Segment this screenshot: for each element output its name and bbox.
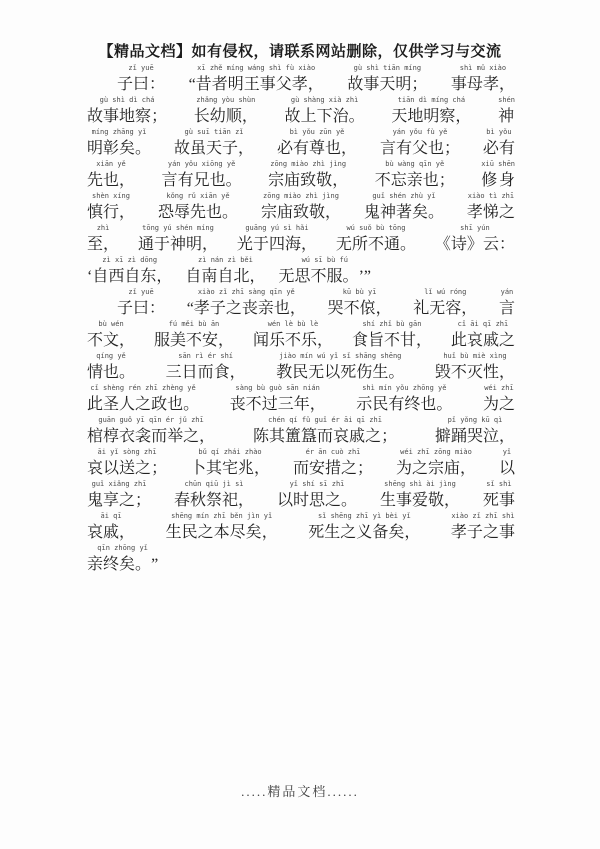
pinyin-annotation: shī yún — [435, 223, 515, 234]
pinyin-annotation: jiào mín wú yǐ sǐ shāng shēng — [276, 351, 404, 362]
ruby-segment: bù wàng qīn yě不忘亲也； — [375, 159, 455, 191]
pinyin-annotation: yán — [499, 287, 515, 298]
text-line: āi qī哀戚，shēng mín zhī běn jìn yǐ生民之本尽矣，s… — [87, 511, 515, 543]
hanzi-text: 故虽天子， — [174, 138, 254, 159]
hanzi-text: 鬼神著矣。 — [364, 202, 444, 223]
ruby-segment: yǐ以 — [499, 447, 515, 479]
hanzi-text: 宗庙致敬， — [261, 202, 341, 223]
pinyin-annotation: wú suǒ bù tōng — [336, 223, 416, 234]
pinyin-annotation: chūn qiū jì sì — [174, 479, 254, 490]
pinyin-annotation: sǐ shì — [483, 479, 515, 490]
hanzi-text: “孝子之丧亲也， — [187, 298, 306, 319]
hanzi-text: 此圣人之政也。 — [87, 394, 199, 415]
text-line: xiān yě先也，yán yǒu xiōng yě言有兄也。zōng miào… — [87, 159, 515, 191]
hanzi-text: 光于四海， — [237, 234, 317, 255]
ruby-segment: qīn zhōng yǐ亲终矣。” — [87, 543, 158, 575]
hanzi-text: 不文， — [87, 330, 135, 351]
pinyin-annotation: cǐ shèng rén zhī zhèng yě — [87, 383, 199, 394]
hanzi-text: 闻乐不乐， — [253, 330, 333, 351]
ruby-segment: huǐ bù miè xìng毁不灭性， — [435, 351, 515, 383]
hanzi-text: 丧不过三年， — [230, 394, 326, 415]
hanzi-text: 修身 — [481, 170, 515, 191]
ruby-segment: chén qí fǔ guǐ ér āi qī zhī陈其簠簋而哀戚之； — [253, 415, 397, 447]
pinyin-annotation: bì yǒu — [483, 127, 515, 138]
hanzi-text: 三日而食， — [166, 362, 246, 383]
hanzi-text: 食旨不甘， — [352, 330, 432, 351]
text-line: āi yǐ sòng zhī哀以送之；bǔ qí zhái zhào卜其宅兆，é… — [87, 447, 515, 479]
hanzi-text: 慎行， — [87, 202, 135, 223]
pinyin-annotation: āi qī — [87, 511, 135, 522]
ruby-segment: bì yǒu zūn yě必有尊也， — [277, 127, 357, 159]
hanzi-text: 情也。 — [87, 362, 135, 383]
pinyin-annotation: gù shì dì chá — [87, 95, 167, 106]
ruby-segment: zì xī zì dōng‘自西自东， — [87, 255, 172, 287]
ruby-segment: gù shì dì chá故事地察； — [87, 95, 167, 127]
pinyin-annotation: shì mǔ xiào — [451, 63, 515, 74]
ruby-segment: cǐ shèng rén zhī zhèng yě此圣人之政也。 — [87, 383, 199, 415]
pinyin-annotation: zǐ yuē — [117, 63, 165, 74]
pinyin-annotation: xiān yě — [87, 159, 135, 170]
hanzi-text: ‘自西自东， — [87, 266, 172, 287]
pinyin-annotation: cǐ āi qī zhī — [451, 319, 515, 330]
ruby-segment: kū bù yī哭不偯， — [328, 287, 392, 319]
hanzi-text: 明彰矣。 — [87, 138, 151, 159]
pinyin-annotation: yán yǒu fù yě — [380, 127, 460, 138]
pinyin-annotation: bù wàng qīn yě — [375, 159, 455, 170]
ruby-segment: ér ān cuò zhī而安措之； — [293, 447, 373, 479]
hanzi-text: 故事地察； — [87, 106, 167, 127]
ruby-segment: tōng yú shén míng通于神明， — [138, 223, 218, 255]
hanzi-text: 示民有终也。 — [356, 394, 452, 415]
hanzi-text: 孝悌之 — [467, 202, 515, 223]
pinyin-annotation: sàng bù guò sān nián — [230, 383, 326, 394]
pinyin-annotation: guǐ xiǎng zhī — [87, 479, 151, 490]
pinyin-annotation: qīn zhōng yǐ — [87, 543, 158, 554]
ruby-segment: zǐ yuē子曰： — [117, 287, 165, 319]
ruby-segment: chūn qiū jì sì春秋祭祀， — [174, 479, 254, 511]
hanzi-text: 言有兄也。 — [162, 170, 242, 191]
hanzi-text: 至， — [87, 234, 119, 255]
hanzi-text: 通于神明， — [138, 234, 218, 255]
hanzi-text: 无思不服。’” — [278, 266, 371, 287]
text-line: shèn xíng慎行，kǒng rǔ xiān yě恐辱先也。zōng mià… — [87, 191, 515, 223]
ruby-segment: jiào mín wú yǐ sǐ shāng shēng教民无以死伤生。 — [276, 351, 404, 383]
ruby-segment: gù suī tiān zǐ故虽天子， — [174, 127, 254, 159]
ruby-segment: sǐ shì死事 — [483, 479, 515, 511]
hanzi-text: 鬼享之； — [87, 490, 151, 511]
pinyin-annotation: shèn xíng — [87, 191, 135, 202]
hanzi-text: 以时思之。 — [277, 490, 357, 511]
hanzi-text: 无所不通。 — [336, 234, 416, 255]
pinyin-annotation: míng zhāng yǐ — [87, 127, 151, 138]
text-line: zì xī zì dōng‘自西自东，zì nán zì běi自南自北，wú … — [87, 255, 515, 287]
pinyin-annotation: gù shàng xià zhì — [285, 95, 365, 106]
pinyin-annotation: qíng yě — [87, 351, 135, 362]
hanzi-text: 春秋祭祀， — [174, 490, 254, 511]
pinyin-annotation: yǐ shí sī zhī — [277, 479, 357, 490]
text-line: zǐ yuē子曰：xī zhě míng wáng shì fù xiào“昔者… — [87, 63, 515, 95]
pinyin-annotation: sǐ shēng zhī yì bèi yǐ — [308, 511, 420, 522]
hanzi-text: 以 — [499, 458, 515, 479]
text-line: cǐ shèng rén zhī zhèng yě此圣人之政也。sàng bù … — [87, 383, 515, 415]
ruby-segment: wéi zhī为之 — [483, 383, 515, 415]
pinyin-annotation: shí zhǐ bù gān — [352, 319, 432, 330]
ruby-segment: xiào zǐ zhī shì孝子之事 — [451, 511, 515, 543]
ruby-segment: tiān dì míng chá天地明察， — [391, 95, 471, 127]
hanzi-text: 孝子之事 — [451, 522, 515, 543]
pinyin-annotation: zhì — [87, 223, 119, 234]
pinyin-annotation: xiū shēn — [481, 159, 515, 170]
ruby-segment: shì mín yǒu zhōng yě示民有终也。 — [356, 383, 452, 415]
hanzi-text: 为之 — [483, 394, 515, 415]
hanzi-text: 子曰： — [117, 74, 165, 95]
ruby-segment: guāng yú sì hǎi光于四海， — [237, 223, 317, 255]
ruby-segment: xiān yě先也， — [87, 159, 135, 191]
pinyin-annotation: shēng shì ài jìng — [380, 479, 460, 490]
ruby-segment: bì yǒu必有 — [483, 127, 515, 159]
hanzi-text: 卜其宅兆， — [190, 458, 270, 479]
ruby-segment: gù shàng xià zhì故上下治。 — [285, 95, 365, 127]
hanzi-text: 宗庙致敬， — [268, 170, 348, 191]
hanzi-text: 必有尊也， — [277, 138, 357, 159]
text-line: zǐ yuē子曰：xiào zǐ zhī sàng qīn yě“孝子之丧亲也，… — [87, 287, 515, 319]
hanzi-text: 生民之本尽矣， — [166, 522, 278, 543]
pinyin-annotation: wéi zhī zōng miào — [396, 447, 476, 458]
pinyin-annotation: fú měi bù ān — [154, 319, 234, 330]
ruby-segment: yán yǒu xiōng yě言有兄也。 — [162, 159, 242, 191]
hanzi-text: 亲终矣。” — [87, 554, 158, 575]
pinyin-annotation: guāng yú sì hǎi — [237, 223, 317, 234]
ruby-segment: guǐ xiǎng zhī鬼享之； — [87, 479, 151, 511]
pinyin-annotation: zì xī zì dōng — [87, 255, 172, 266]
hanzi-text: 而安措之； — [293, 458, 373, 479]
pinyin-annotation: gù suī tiān zǐ — [174, 127, 254, 138]
pinyin-annotation: xiào zǐ zhī sàng qīn yě — [187, 287, 306, 298]
pinyin-annotation: shì mín yǒu zhōng yě — [356, 383, 452, 394]
text-line: míng zhāng yǐ明彰矣。gù suī tiān zǐ故虽天子，bì y… — [87, 127, 515, 159]
pinyin-annotation: bù wén — [87, 319, 135, 330]
ruby-segment: sǐ shēng zhī yì bèi yǐ死生之义备矣， — [308, 511, 420, 543]
pinyin-annotation: bì yǒu zūn yě — [277, 127, 357, 138]
ruby-segment: shēng mín zhī běn jìn yǐ生民之本尽矣， — [166, 511, 278, 543]
pinyin-annotation: zǐ yuē — [117, 287, 165, 298]
ruby-segment: cǐ āi qī zhī此哀戚之 — [451, 319, 515, 351]
pinyin-annotation: kū bù yī — [328, 287, 392, 298]
pinyin-annotation: xiào zǐ zhī shì — [451, 511, 515, 522]
hanzi-text: 生事爱敬， — [380, 490, 460, 511]
ruby-segment: guān guǒ yī qīn ér jǔ zhī棺椁衣衾而举之， — [87, 415, 215, 447]
ruby-segment: shēng shì ài jìng生事爱敬， — [380, 479, 460, 511]
hanzi-text: 毁不灭性， — [435, 362, 515, 383]
pinyin-annotation: sān rì ér shí — [166, 351, 246, 362]
ruby-segment: xī zhě míng wáng shì fù xiào“昔者明王事父孝， — [189, 63, 324, 95]
ruby-segment: shī yún《诗》云： — [435, 223, 515, 255]
ruby-segment: zǐ yuē子曰： — [117, 63, 165, 95]
pinyin-annotation: tōng yú shén míng — [138, 223, 218, 234]
pinyin-annotation: huǐ bù miè xìng — [435, 351, 515, 362]
pinyin-annotation: zōng miào zhì jìng — [261, 191, 341, 202]
ruby-segment: lǐ wú róng礼无容， — [413, 287, 477, 319]
pinyin-annotation: shén — [498, 95, 515, 106]
ruby-segment: kǒng rǔ xiān yě恐辱先也。 — [158, 191, 238, 223]
pinyin-annotation: zì nán zì běi — [185, 255, 265, 266]
hanzi-text: 自南自北， — [185, 266, 265, 287]
pinyin-annotation: lǐ wú róng — [413, 287, 477, 298]
hanzi-text: 不忘亲也； — [375, 170, 455, 191]
ruby-segment: fú měi bù ān服美不安， — [154, 319, 234, 351]
ruby-segment: wú suǒ bù tōng无所不通。 — [336, 223, 416, 255]
ruby-segment: āi qī哀戚， — [87, 511, 135, 543]
text-line: qíng yě情也。sān rì ér shí三日而食，jiào mín wú … — [87, 351, 515, 383]
text-line: guǐ xiǎng zhī鬼享之；chūn qiū jì sì春秋祭祀，yǐ s… — [87, 479, 515, 511]
ruby-segment: zōng miào zhì jìng宗庙致敬， — [268, 159, 348, 191]
ruby-segment: yǐ shí sī zhī以时思之。 — [277, 479, 357, 511]
ruby-segment: yán yǒu fù yě言有父也； — [380, 127, 460, 159]
pinyin-annotation: yǐ — [499, 447, 515, 458]
hanzi-text: 长幼顺， — [194, 106, 258, 127]
pinyin-annotation: xiào tì zhī — [467, 191, 515, 202]
hanzi-text: 为之宗庙， — [396, 458, 476, 479]
pinyin-annotation: kǒng rǔ xiān yě — [158, 191, 238, 202]
ruby-segment: yán言 — [499, 287, 515, 319]
ruby-segment: zhì至， — [87, 223, 119, 255]
pinyin-annotation: āi yǐ sòng zhī — [87, 447, 167, 458]
hanzi-text: 事母孝， — [451, 74, 515, 95]
hanzi-text: 故事天明； — [347, 74, 427, 95]
ruby-segment: zhǎng yòu shùn长幼顺， — [194, 95, 258, 127]
hanzi-text: 教民无以死伤生。 — [276, 362, 404, 383]
pinyin-annotation: wú sī bù fú — [278, 255, 371, 266]
text-line: guān guǒ yī qīn ér jǔ zhī棺椁衣衾而举之，chén qí… — [87, 415, 515, 447]
ruby-segment: zōng miào zhì jìng宗庙致敬， — [261, 191, 341, 223]
hanzi-text: 故上下治。 — [285, 106, 365, 127]
hanzi-text: 神 — [498, 106, 515, 127]
pinyin-annotation: shēng mín zhī běn jìn yǐ — [166, 511, 278, 522]
hanzi-text: 擗踊哭泣， — [435, 426, 515, 447]
ruby-segment: bǔ qí zhái zhào卜其宅兆， — [190, 447, 270, 479]
hanzi-text: 言 — [499, 298, 515, 319]
pinyin-annotation: yán yǒu xiōng yě — [162, 159, 242, 170]
text-line: gù shì dì chá故事地察；zhǎng yòu shùn长幼顺，gù s… — [87, 95, 515, 127]
pinyin-annotation: gù shì tiān míng — [347, 63, 427, 74]
hanzi-text: 死事 — [483, 490, 515, 511]
ruby-segment: xiào tì zhī孝悌之 — [467, 191, 515, 223]
ruby-segment: shí zhǐ bù gān食旨不甘， — [352, 319, 432, 351]
hanzi-text: 哭不偯， — [328, 298, 392, 319]
ruby-segment: qíng yě情也。 — [87, 351, 135, 383]
ruby-segment: sàng bù guò sān nián丧不过三年， — [230, 383, 326, 415]
ruby-segment: shì mǔ xiào事母孝， — [451, 63, 515, 95]
hanzi-text: 棺椁衣衾而举之， — [87, 426, 215, 447]
text-line: qīn zhōng yǐ亲终矣。” — [87, 543, 515, 575]
hanzi-text: 服美不安， — [154, 330, 234, 351]
pinyin-annotation: chén qí fǔ guǐ ér āi qī zhī — [253, 415, 397, 426]
pinyin-annotation: guān guǒ yī qīn ér jǔ zhī — [87, 415, 215, 426]
document-page: 【精品文档】如有侵权，请联系网站删除，仅供学习与交流 zǐ yuē子曰：xī z… — [0, 0, 600, 849]
ruby-segment: zì nán zì běi自南自北， — [185, 255, 265, 287]
header-disclaimer: 【精品文档】如有侵权，请联系网站删除，仅供学习与交流 — [0, 40, 600, 61]
ruby-segment: āi yǐ sòng zhī哀以送之； — [87, 447, 167, 479]
ruby-segment: shén神 — [498, 95, 515, 127]
hanzi-text: 死生之义备矣， — [308, 522, 420, 543]
hanzi-text: 此哀戚之 — [451, 330, 515, 351]
hanzi-text: 必有 — [483, 138, 515, 159]
pinyin-annotation: xī zhě míng wáng shì fù xiào — [189, 63, 324, 74]
pinyin-annotation: wén lè bù lè — [253, 319, 333, 330]
document-body: zǐ yuē子曰：xī zhě míng wáng shì fù xiào“昔者… — [87, 63, 515, 575]
ruby-segment: gù shì tiān míng故事天明； — [347, 63, 427, 95]
footer-watermark: .....精品文档...... — [0, 781, 600, 800]
pinyin-annotation: pǐ yǒng kū qì — [435, 415, 515, 426]
hanzi-text: 《诗》云： — [435, 234, 515, 255]
hanzi-text: 天地明察， — [391, 106, 471, 127]
hanzi-text: 哀以送之； — [87, 458, 167, 479]
pinyin-annotation: guǐ shén zhù yǐ — [364, 191, 444, 202]
text-line: zhì至，tōng yú shén míng通于神明，guāng yú sì h… — [87, 223, 515, 255]
pinyin-annotation: zhǎng yòu shùn — [194, 95, 258, 106]
pinyin-annotation: tiān dì míng chá — [391, 95, 471, 106]
hanzi-text: 哀戚， — [87, 522, 135, 543]
hanzi-text: 陈其簠簋而哀戚之； — [253, 426, 397, 447]
hanzi-text: 子曰： — [117, 298, 165, 319]
ruby-segment: sān rì ér shí三日而食， — [166, 351, 246, 383]
ruby-segment: guǐ shén zhù yǐ鬼神著矣。 — [364, 191, 444, 223]
hanzi-text: 言有父也； — [380, 138, 460, 159]
text-line: bù wén不文，fú měi bù ān服美不安，wén lè bù lè闻乐… — [87, 319, 515, 351]
ruby-segment: xiào zǐ zhī sàng qīn yě“孝子之丧亲也， — [187, 287, 306, 319]
hanzi-text: 礼无容， — [413, 298, 477, 319]
ruby-segment: shèn xíng慎行， — [87, 191, 135, 223]
ruby-segment: bù wén不文， — [87, 319, 135, 351]
ruby-segment: pǐ yǒng kū qì擗踊哭泣， — [435, 415, 515, 447]
hanzi-text: 先也， — [87, 170, 135, 191]
ruby-segment: wú sī bù fú无思不服。’” — [278, 255, 371, 287]
ruby-segment: wéi zhī zōng miào为之宗庙， — [396, 447, 476, 479]
ruby-segment: wén lè bù lè闻乐不乐， — [253, 319, 333, 351]
pinyin-annotation: zōng miào zhì jìng — [268, 159, 348, 170]
pinyin-annotation: wéi zhī — [483, 383, 515, 394]
ruby-segment: xiū shēn修身 — [481, 159, 515, 191]
pinyin-annotation: bǔ qí zhái zhào — [190, 447, 270, 458]
hanzi-text: “昔者明王事父孝， — [189, 74, 324, 95]
pinyin-annotation: ér ān cuò zhī — [293, 447, 373, 458]
hanzi-text: 恐辱先也。 — [158, 202, 238, 223]
ruby-segment: míng zhāng yǐ明彰矣。 — [87, 127, 151, 159]
